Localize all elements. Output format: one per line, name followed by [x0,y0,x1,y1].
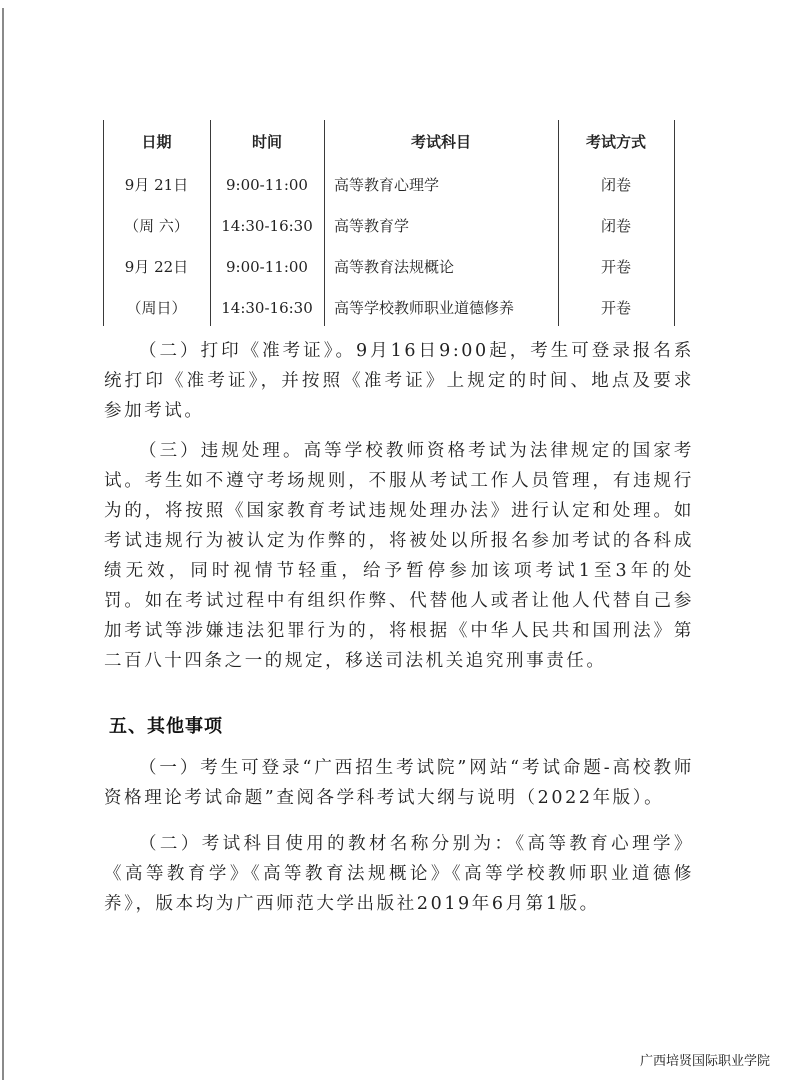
paragraph-exam-outline: （一）考生可登录“广西招生考试院”网站“考试命题-高校教师资格理论考试命题”查阅… [104,753,694,813]
row-date: （周 六） [103,216,210,236]
row-date: 9月 21日 [103,175,210,195]
row-subject: 高等教育心理学 [334,175,439,195]
row-mode: 开卷 [558,257,674,277]
row-time: 9:00-11:00 [210,175,324,195]
row-date: （周日） [103,298,210,318]
row-mode: 闭卷 [558,216,674,236]
row-mode: 闭卷 [558,175,674,195]
row-mode: 开卷 [558,298,674,318]
row-time: 9:00-11:00 [210,257,324,277]
paragraph-print-admission: （二）打印《准考证》。9月16日9:00起，考生可登录报名系统打印《准考证》，并… [104,336,694,426]
header-mode: 考试方式 [558,132,674,152]
institution-watermark: 广西培贤国际职业学院 [640,1050,770,1069]
paragraph-violations: （三）违规处理。高等学校教师资格考试为法律规定的国家考试。考生如不遵守考场规则，… [104,436,694,676]
row-subject: 高等学校教师职业道德修养 [334,298,514,318]
header-time: 时间 [210,132,324,152]
row-time: 14:30-16:30 [210,298,324,318]
row-subject: 高等教育学 [334,216,409,236]
row-time: 14:30-16:30 [210,216,324,236]
header-subject: 考试科目 [324,132,558,152]
page-edge-line [2,8,4,1080]
row-subject: 高等教育法规概论 [334,257,454,277]
section-title-other-matters: 五、其他事项 [109,712,223,738]
exam-schedule-table: 日期 时间 考试科目 考试方式 9月 21日 9:00-11:00 高等教育心理… [103,120,675,326]
row-date: 9月 22日 [103,257,210,277]
table-border [674,120,675,326]
header-date: 日期 [103,132,210,152]
paragraph-textbooks: （二）考试科目使用的教材名称分别为：《高等教育心理学》《高等教育学》《高等教育法… [104,829,694,919]
